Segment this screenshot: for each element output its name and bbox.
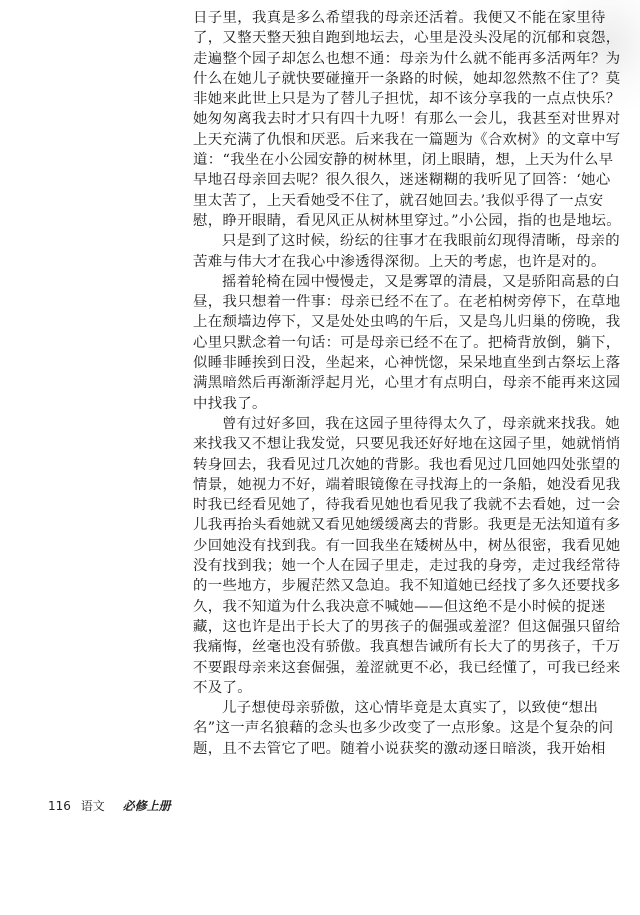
text-line: 藏，这也许是出于长大了的男孩子的倔强或羞涩？但这倔强只留给 <box>193 617 555 637</box>
text-line: 不及了。 <box>193 678 555 698</box>
text-line: 我痛悔，丝毫也没有骄傲。我真想告诫所有长大了的男孩子，千万 <box>193 637 555 657</box>
text-line: 早地召母亲回去呢？很久很久，迷迷糊糊的我听见了回答：‘她心 <box>193 170 555 190</box>
page-number: 116 <box>48 799 71 813</box>
text-line: 转身回去，我看见过几次她的背影。我也看见过几回她四处张望的 <box>193 455 555 475</box>
text-line: 上在颓墙边停下，又是处处虫鸣的午后，又是鸟儿归巢的傍晚，我 <box>193 312 555 332</box>
text-line: 只是到了这时候，纷纭的往事才在我眼前幻现得清晰，母亲的 <box>193 231 555 251</box>
text-line: 名”这一声名狼藉的念头也多少改变了一点形象。这是个复杂的问 <box>193 718 555 738</box>
text-line: 没有找到我；她一个人在园子里走，走过我的身旁，走过我经常待 <box>193 556 555 576</box>
text-line: 非她来此世上只是为了替儿子担忧，却不该分享我的一点点快乐？ <box>193 89 555 109</box>
text-line: 不要跟母亲来这套倔强，羞涩就更不必，我已经懂了，可我已经来 <box>193 658 555 678</box>
page-body-text: 日子里，我真是多么希望我的母亲还活着。我便又不能在家里待了，又整天整天独自跑到地… <box>193 8 555 759</box>
text-line: 心里只默念着一句话：可是母亲已经不在了。把椅背放倒，躺下， <box>193 333 555 353</box>
text-line: 满黑暗然后再渐渐浮起月光，心里才有点明白，母亲不能再来这园 <box>193 373 555 393</box>
text-line: 的一些地方，步履茫然又急迫。我不知道她已经找了多久还要找多 <box>193 576 555 596</box>
text-line: 情景，她视力不好，端着眼镜像在寻找海上的一条船，她没看见我 <box>193 475 555 495</box>
text-line: 她匆匆离我去时才只有四十九呀！有那么一会儿，我甚至对世界对 <box>193 109 555 129</box>
text-line: 曾有过好多回，我在这园子里待得太久了，母亲就来找我。她 <box>193 414 555 434</box>
text-line: 慰，睁开眼睛，看见风正从树林里穿过。”小公园，指的也是地坛。 <box>193 211 555 231</box>
text-line: 时我已经看见她了，待我看见她也看见我了我就不去看她，过一会 <box>193 495 555 515</box>
text-line: 上天充满了仇恨和厌恶。后来我在一篇题为《合欢树》的文章中写 <box>193 130 555 150</box>
text-line: 了，又整天整天独自跑到地坛去，心里是没头没尾的沉郁和哀怨， <box>193 28 555 48</box>
text-line: 摇着轮椅在园中慢慢走，又是雾罩的清晨，又是骄阳高悬的白 <box>193 272 555 292</box>
text-line: 儿子想使母亲骄傲，这心情毕竟是太真实了，以致使“想出 <box>193 698 555 718</box>
text-line: 久，我不知道为什么我决意不喊她——但这绝不是小时候的捉迷 <box>193 597 555 617</box>
volume-label: 必修上册 <box>123 799 171 813</box>
text-line: 道：“我坐在小公园安静的树林里，闭上眼睛，想，上天为什么早 <box>193 150 555 170</box>
page-footer: 116 语文 必修上册 <box>48 797 171 814</box>
text-line: 似睡非睡挨到日没，坐起来，心神恍惚，呆呆地直坐到古祭坛上落 <box>193 353 555 373</box>
text-line: 日子里，我真是多么希望我的母亲还活着。我便又不能在家里待 <box>193 8 555 28</box>
subject-label: 语文 <box>81 799 105 813</box>
text-line: 儿我再抬头看她就又看见她缓缓离去的背影。我更是无法知道有多 <box>193 515 555 535</box>
text-line: 少回她没有找到我。有一回我坐在矮树丛中，树丛很密，我看见她 <box>193 536 555 556</box>
text-line: 来找我又不想让我发觉，只要见我还好好地在这园子里，她就悄悄 <box>193 434 555 454</box>
text-line: 题，且不去管它了吧。随着小说获奖的激动逐日暗淡，我开始相 <box>193 739 555 759</box>
text-line: 中找我了。 <box>193 394 555 414</box>
text-line: 里太苦了，上天看她受不住了，就召她回去。’我似乎得了一点安 <box>193 191 555 211</box>
text-line: 什么在她儿子就快要碰撞开一条路的时候，她却忽然熬不住了？莫 <box>193 69 555 89</box>
text-line: 昼，我只想着一件事：母亲已经不在了。在老柏树旁停下，在草地 <box>193 292 555 312</box>
text-line: 苦难与伟大才在我心中渗透得深彻。上天的考虑，也许是对的。 <box>193 252 555 272</box>
text-line: 走遍整个园子却怎么也想不通：母亲为什么就不能再多活两年？为 <box>193 49 555 69</box>
